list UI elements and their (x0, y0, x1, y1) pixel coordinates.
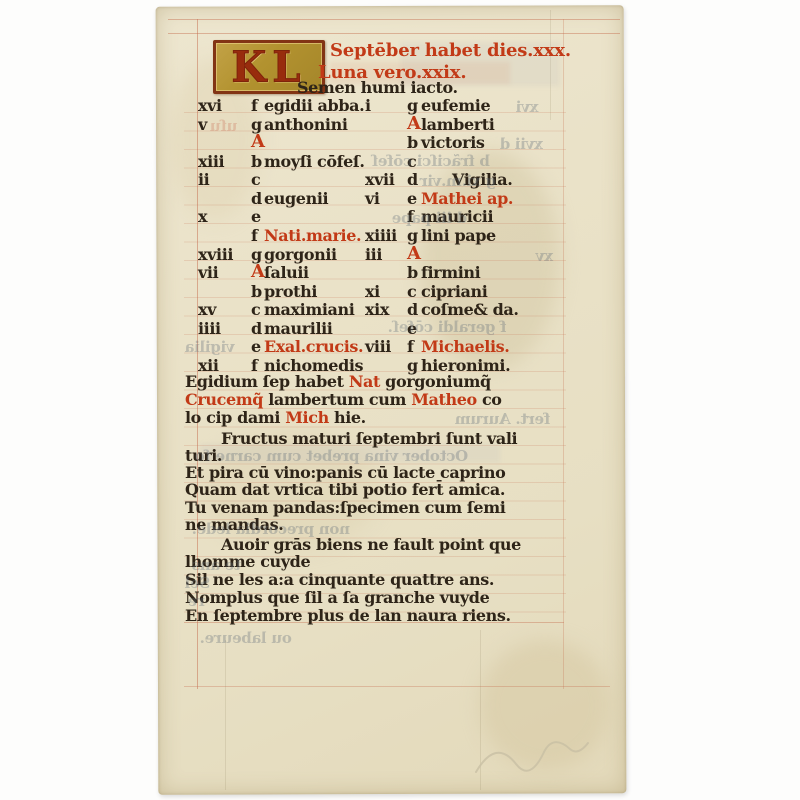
dominical-letter-right: g (407, 227, 418, 244)
dominical-letter-left: d (251, 190, 262, 207)
calendar-row: deugeniivieMathei ap. (0, 190, 800, 209)
golden-number-left: ii (198, 171, 209, 188)
calendar-row: xvifegidii abba.igeufemie (0, 97, 800, 116)
feast-left: ſaluii (264, 264, 309, 281)
dominical-letter-right: c (407, 283, 416, 300)
french-line: Nomplus que ſil a ſa granche vuyde (185, 589, 489, 606)
dominical-letter-left: f (251, 227, 257, 244)
golden-number-left: xiii (198, 153, 224, 170)
feast-right: coſme& da. (421, 301, 519, 318)
feast-left: moyſi cōfeſ. (264, 153, 365, 170)
feast-left: maurilii (264, 320, 332, 337)
scanned-page: KL Septēber habet dies.xxx. Luna vero.xx… (0, 0, 800, 800)
dominical-letter-left: d (251, 320, 262, 337)
dominical-letter-left: c (251, 171, 260, 188)
dominical-letter-right: b (407, 134, 418, 151)
golden-number-right: xix (365, 301, 389, 318)
calendar-row: xviiiggorgoniiiiiA (0, 246, 800, 265)
french-line: Auoir grās biens ne fault point que (185, 536, 521, 553)
golden-number-right: vi (365, 190, 380, 207)
calendar-row: eExal.crucis.viiifMichaelis. (0, 338, 800, 357)
dominical-letter-right: f (407, 338, 413, 355)
golden-number-right: xiiii (365, 227, 397, 244)
dominical-letter-right: e (407, 320, 417, 337)
feast-left: eugenii (264, 190, 328, 207)
calendar-row: bprothixiccipriani (0, 283, 800, 302)
golden-number-left: v (198, 116, 207, 133)
dominical-letter-right: e (407, 190, 417, 207)
feast-left: maximiani (264, 301, 354, 318)
calendar-row: xiiibmoyſi cōfeſ.c (0, 153, 800, 172)
verse-text: co (482, 390, 502, 409)
feast-right: Vigilia. (452, 171, 512, 188)
verse-text: Egidium ſep habet (185, 372, 349, 391)
dominical-letter-right: c (407, 153, 416, 170)
dominical-letter-left: b (251, 153, 262, 170)
golden-number-right: viii (365, 338, 391, 355)
calendar-row: Abvictoris (0, 134, 800, 153)
dominical-letter-left: f (251, 97, 257, 114)
french-line: lhomme cuyde (185, 553, 310, 570)
cisio-verse-line: Egidium ſep habet Nat gorgoniumq̃ (185, 373, 491, 390)
feast-right: victoris (421, 134, 485, 151)
dominical-letter-right: f (407, 208, 413, 225)
prose-line: Tu venam pandas:ſpecimen cum ſemi (185, 499, 505, 516)
french-line: Sil ne les a:a cinquante quattre ans. (185, 571, 494, 588)
feast-right: Michaelis. (421, 338, 509, 355)
calendar-row: iicxviidVigilia. (0, 171, 800, 190)
calendar-row: iiiidmauriliie (0, 320, 800, 339)
dominical-letter-left: A (251, 134, 265, 150)
golden-number-left: xvi (198, 97, 222, 114)
dominical-letter-left: b (251, 283, 262, 300)
golden-number-right: xvii (365, 171, 394, 188)
french-line: En ſeptembre plus de lan naura riens. (185, 607, 511, 624)
verse-text: hie. (334, 408, 366, 427)
dominical-letter-left: c (251, 301, 260, 318)
month-header-line1: Septēber habet dies.xxx. (330, 42, 571, 59)
month-motto: Semen humi iacto. (297, 79, 458, 96)
dominical-letter-right: b (407, 264, 418, 281)
calendar-row: fNati.marie.xiiiiglini pape (0, 227, 800, 246)
golden-number-left: x (198, 208, 207, 225)
cisio-verse-line: lo cip dami Mich hie. (185, 409, 366, 426)
feast-right: lamberti (421, 116, 494, 133)
golden-number-left: iiii (198, 320, 221, 337)
prose-line: Et pira cū vino:panis cū lacte caprino (185, 464, 505, 481)
verse-text-red: Nat (349, 372, 385, 391)
prose-line: ne mandas. (185, 516, 283, 533)
cisio-verse-line: Crucemq̃ lambertum cum Matheo co (185, 391, 502, 408)
dominical-letter-left: A (251, 264, 265, 280)
verse-text: lo cip dami (185, 408, 285, 427)
dominical-letter-right: A (407, 116, 421, 132)
golden-number-right: xi (365, 283, 380, 300)
feast-left: egidii abba. (264, 97, 364, 114)
feast-right: Mathei ap. (421, 190, 513, 207)
feast-left: anthonini (264, 116, 348, 133)
feast-right: eufemie (421, 97, 490, 114)
golden-number-right: i (365, 97, 371, 114)
golden-number-right: iii (365, 246, 382, 263)
calendar-row: xefmauricii (0, 208, 800, 227)
verse-text-red: Crucemq̃ (185, 390, 268, 409)
dominical-letter-right: d (407, 301, 418, 318)
golden-number-left: xv (198, 301, 216, 318)
kl-letters: KL (232, 42, 307, 91)
verse-text: gorgoniumq̃ (385, 372, 491, 391)
dominical-letter-right: g (407, 97, 418, 114)
prose-line: turi. (185, 447, 222, 464)
golden-number-left: vii (198, 264, 218, 281)
feast-right: firmini (421, 264, 480, 281)
feast-left: gorgonii (264, 246, 337, 263)
feast-left: Exal.crucis. (264, 338, 363, 355)
verse-text-red: Matheo (411, 390, 482, 409)
dominical-letter-right: d (407, 171, 418, 188)
prose-line: Quam dat vrtica tibi potio fert̄ amica. (185, 481, 505, 498)
calendar-row: xvcmaximianixixdcoſme& da. (0, 301, 800, 320)
dominical-letter-left: e (251, 338, 261, 355)
verse-text: lambertum cum (268, 390, 411, 409)
calendar-row: viiAſaluiibfirmini (0, 264, 800, 283)
feast-right: lini pape (421, 227, 496, 244)
dominical-letter-left: e (251, 208, 261, 225)
prose-line: Fructus maturi ſeptembri ſunt vali (185, 430, 517, 447)
feast-right: mauricii (421, 208, 493, 225)
calendar-row: vganthoniniAlamberti (0, 116, 800, 135)
feast-left: prothi (264, 283, 317, 300)
feast-left: Nati.marie. (264, 227, 361, 244)
golden-number-left: xviii (198, 246, 233, 263)
feast-right: cipriani (421, 283, 487, 300)
verse-text-red: Mich (285, 408, 334, 427)
dominical-letter-right: A (407, 246, 421, 262)
